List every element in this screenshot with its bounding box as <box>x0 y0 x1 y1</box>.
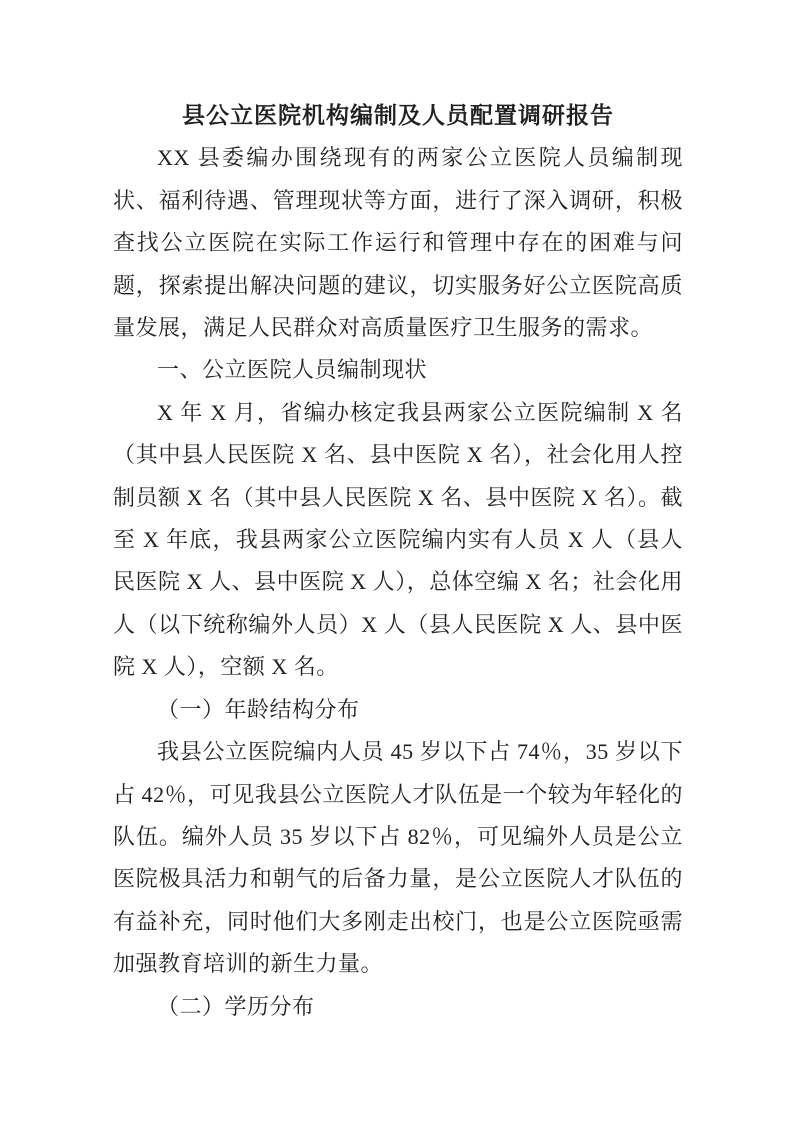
document-content: 县公立医院机构编制及人员配置调研报告 XX 县委编办围绕现有的两家公立医院人员编… <box>113 95 683 1028</box>
document-page: 县公立医院机构编制及人员配置调研报告 XX 县委编办围绕现有的两家公立医院人员编… <box>0 0 793 1122</box>
subsection-1-1-heading: （一）年龄结构分布 <box>113 689 683 731</box>
intro-paragraph: XX 县委编办围绕现有的两家公立医院人员编制现状、福利待遇、管理现状等方面，进行… <box>113 137 683 349</box>
subsection-1-1-paragraph: 我县公立医院编内人员 45 岁以下占 74％，35 岁以下占 42％，可见我县公… <box>113 731 683 985</box>
section-1-heading: 一、公立医院人员编制现状 <box>113 349 683 391</box>
subsection-1-2-heading: （二）学历分布 <box>113 986 683 1028</box>
document-title: 县公立医院机构编制及人员配置调研报告 <box>113 95 683 137</box>
section-1-paragraph: X 年 X 月，省编办核定我县两家公立医院编制 X 名（其中县人民医院 X 名、… <box>113 392 683 689</box>
